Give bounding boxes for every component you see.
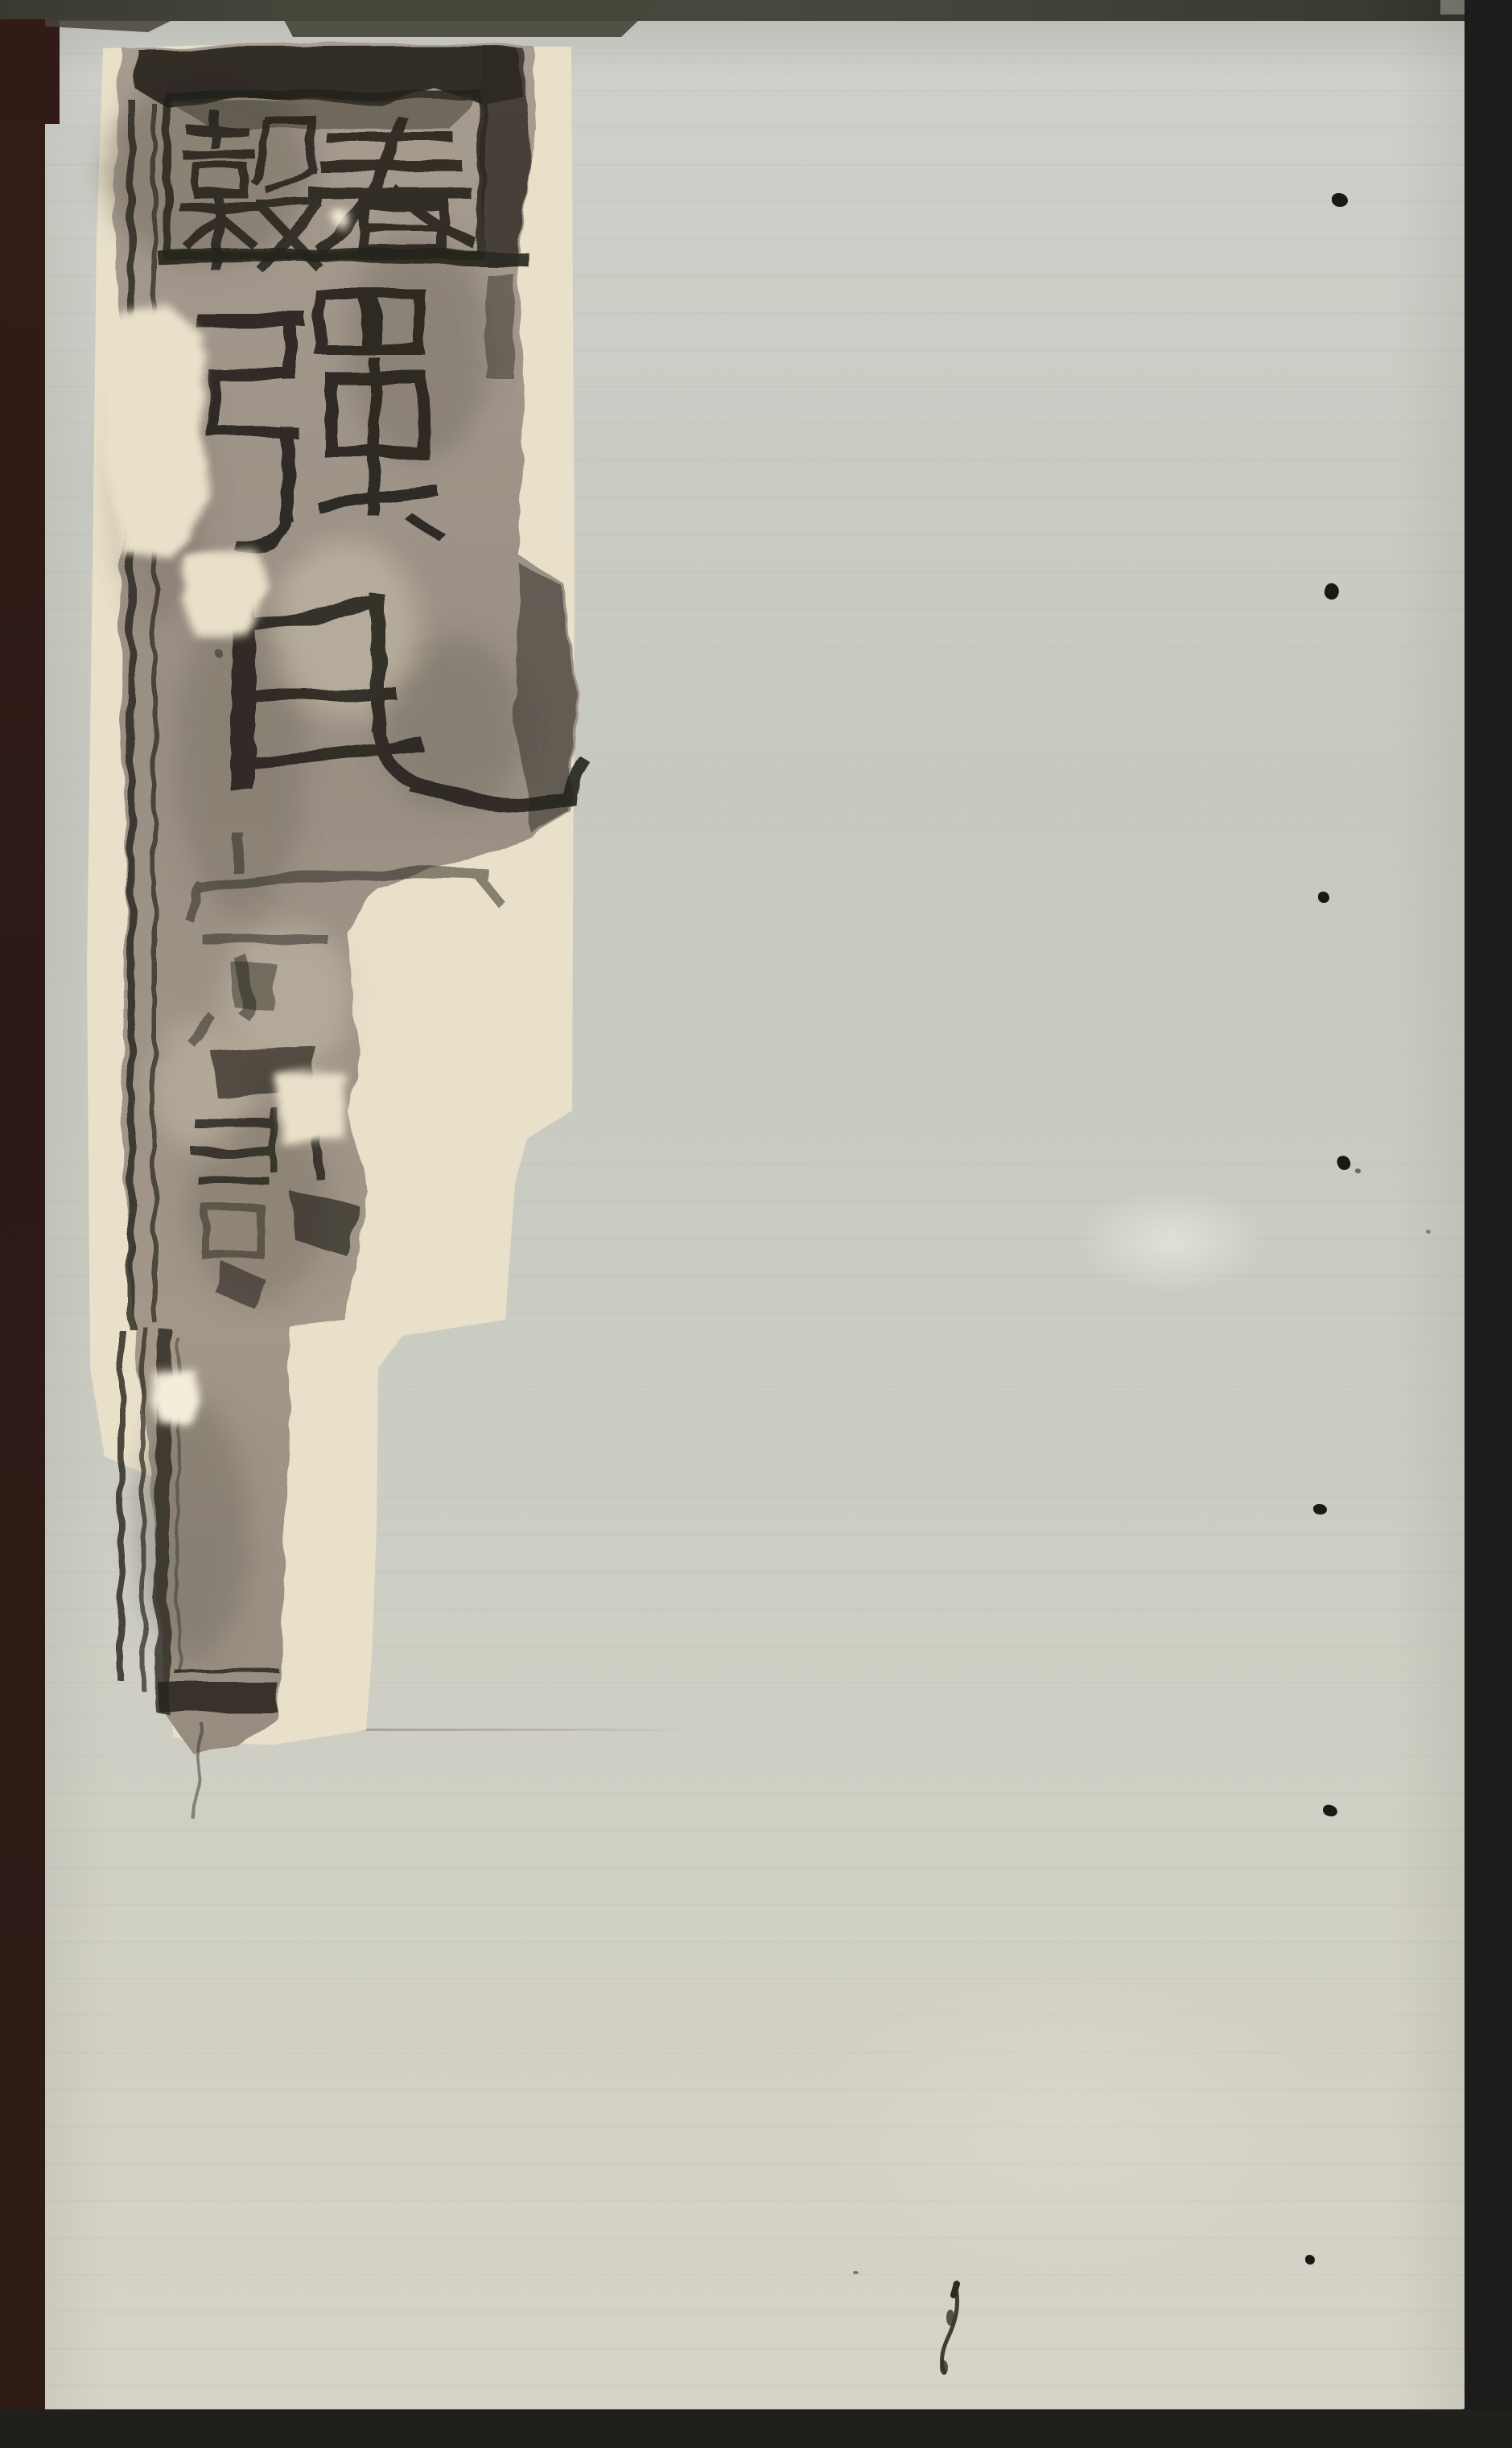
scanned-book-cover: 春 穀 强 氏 宗 谱 春穀强氏宗谱 — [0, 0, 1512, 2448]
fiber-mark — [917, 2269, 990, 2398]
scan-frame-right — [1465, 0, 1512, 2448]
header-char-gu: 穀 — [171, 105, 323, 266]
title-char-pu: 谱 — [185, 1070, 370, 1312]
wormhole-speck — [853, 2271, 859, 2274]
scan-frame-bottom — [0, 2410, 1512, 2448]
scan-frame-top — [0, 0, 1512, 21]
header-char-chun: 春 — [322, 113, 475, 258]
title-char-zong: 宗 — [189, 829, 511, 1046]
full-title-text: 春穀强氏宗谱 — [0, 0, 2, 2]
wormhole-speck — [1313, 1504, 1327, 1515]
scan-frame-left — [0, 19, 45, 2448]
wormhole-speck — [1355, 1168, 1361, 1173]
wormhole-speck — [1318, 892, 1329, 903]
scan-frame-left-top — [0, 19, 60, 124]
wormhole-speck — [1426, 1230, 1431, 1234]
title-char-shi: 氏 — [217, 575, 587, 817]
wormhole-speck — [1332, 193, 1348, 207]
wormhole-speck — [1305, 2255, 1315, 2265]
title-char-qiang: 强 — [189, 286, 455, 567]
